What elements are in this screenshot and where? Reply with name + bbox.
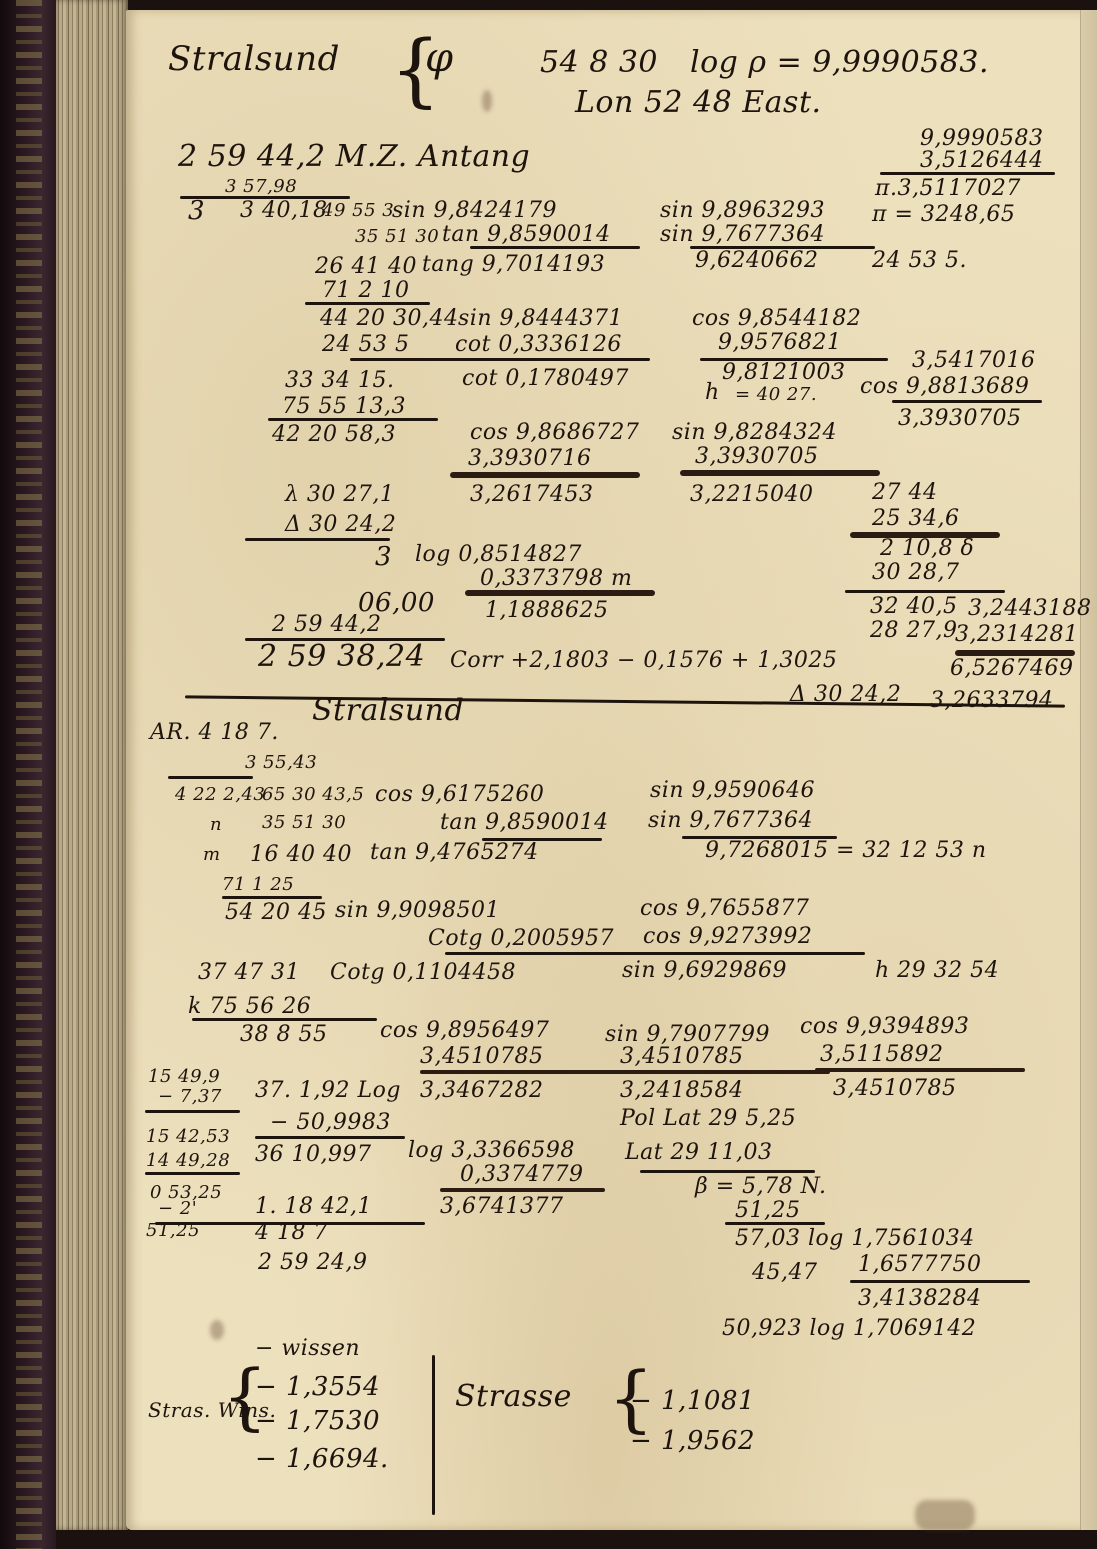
value: 3,2418584 bbox=[620, 1080, 743, 1102]
value: 3,2215040 bbox=[690, 484, 813, 506]
value: 57,03 log 1,7561034 bbox=[735, 1228, 975, 1250]
value: 9,7268015 = 32 12 53 n bbox=[705, 840, 987, 862]
value: 37. 1,92 Log bbox=[255, 1080, 401, 1102]
value: cos 9,9394893 bbox=[800, 1016, 969, 1038]
phi-symbol: φ bbox=[425, 38, 454, 78]
value: 2 59 44,2 bbox=[272, 614, 381, 636]
page-edges bbox=[56, 0, 128, 1530]
value: π.3,5117027 bbox=[875, 178, 1021, 200]
rule bbox=[725, 1222, 825, 1225]
value: 1. 18 42,1 bbox=[255, 1196, 372, 1218]
value: cos 9,8956497 bbox=[380, 1020, 549, 1042]
background-shadow bbox=[120, 0, 1097, 10]
value: tan 9,4765274 bbox=[370, 842, 539, 864]
value: h bbox=[705, 382, 720, 404]
value: − 1,7530 bbox=[255, 1408, 380, 1434]
longitude: Lon 52 48 East. bbox=[575, 88, 822, 118]
value: 27 44 bbox=[872, 482, 937, 504]
value: 0,3374779 bbox=[460, 1164, 583, 1186]
rule bbox=[450, 472, 640, 478]
rule bbox=[268, 418, 438, 421]
value: Cotg 0,1104458 bbox=[330, 962, 516, 984]
value: 36 10,997 bbox=[255, 1144, 371, 1166]
value: 3 55,43 bbox=[245, 754, 317, 772]
value: 42 20 58,3 bbox=[272, 424, 396, 446]
value: 3,2443188 bbox=[968, 598, 1091, 620]
value: 3,4510785 bbox=[620, 1046, 743, 1068]
value: 3 57,98 bbox=[225, 178, 297, 196]
value: 3,5417016 bbox=[912, 350, 1035, 372]
value: λ 30 27,1 bbox=[285, 484, 394, 506]
value: log 0,8514827 bbox=[415, 544, 582, 566]
value: cos 9,7655877 bbox=[640, 898, 809, 920]
rule bbox=[245, 538, 390, 541]
value: 15 49,9 bbox=[148, 1068, 220, 1086]
value: tan 9,8590014 bbox=[440, 812, 609, 834]
value: 35 51 30 bbox=[355, 228, 439, 246]
value: = 40 27. bbox=[735, 386, 817, 404]
background-shadow bbox=[56, 1530, 1097, 1549]
value: Lat 29 11,03 bbox=[625, 1142, 773, 1164]
value: − 7,37 bbox=[158, 1088, 222, 1106]
rule bbox=[465, 590, 655, 596]
value: 51,25 bbox=[146, 1222, 200, 1240]
value: 3 bbox=[188, 198, 205, 224]
value: 9,9576821 bbox=[718, 332, 841, 354]
value: 3,4510785 bbox=[833, 1078, 956, 1100]
rule bbox=[845, 590, 1005, 593]
value: 71 1 25 bbox=[222, 876, 294, 894]
rule bbox=[892, 400, 1042, 403]
value: n bbox=[210, 816, 222, 834]
value: 2 10,8 δ bbox=[880, 538, 974, 560]
rule bbox=[168, 776, 253, 779]
ink-stain bbox=[210, 1320, 224, 1340]
value: 2 59 38,24 bbox=[258, 642, 425, 672]
value: cot 0,1780497 bbox=[462, 368, 629, 390]
value: 14 49,28 bbox=[146, 1152, 230, 1170]
rule bbox=[445, 952, 865, 955]
label: Strasse bbox=[455, 1382, 572, 1412]
rule bbox=[222, 896, 322, 899]
rule bbox=[680, 470, 880, 476]
value: h 29 32 54 bbox=[875, 960, 999, 982]
value: 75 55 13,3 bbox=[282, 396, 406, 418]
time-line: 2 59 44,2 M.Z. Antang bbox=[178, 142, 530, 172]
value: 32 40,5 bbox=[870, 596, 957, 618]
vertical-divider bbox=[432, 1355, 435, 1515]
value: 2 59 24,9 bbox=[258, 1252, 367, 1274]
place-name: Stralsund bbox=[168, 42, 340, 76]
value: 1,6577750 bbox=[858, 1254, 981, 1276]
value: log 3,3366598 bbox=[408, 1140, 575, 1162]
log-rho: log ρ = 9,9990583. bbox=[690, 48, 989, 78]
value: 3,3467282 bbox=[420, 1080, 543, 1102]
rule bbox=[850, 1280, 1030, 1283]
value: 33 34 15. bbox=[285, 370, 394, 392]
value: − 1,6694. bbox=[255, 1446, 389, 1472]
value: sin 9,8424179 bbox=[392, 200, 557, 222]
value: 3,3930705 bbox=[898, 408, 1021, 430]
value: sin 9,6929869 bbox=[622, 960, 787, 982]
value: sin 9,7907799 bbox=[605, 1024, 770, 1046]
rule bbox=[255, 1136, 405, 1139]
value: − 1,9562 bbox=[630, 1428, 755, 1454]
ink-stain bbox=[482, 90, 492, 112]
value: cos 9,8813689 bbox=[860, 376, 1029, 398]
value: cos 9,8544182 bbox=[692, 308, 861, 330]
cover-ornament bbox=[16, 0, 42, 1549]
value: 28 27,9 bbox=[870, 620, 957, 642]
rule bbox=[420, 1070, 830, 1074]
value: 0,3373798 m bbox=[480, 568, 632, 590]
value: sin 9,8444371 bbox=[458, 308, 623, 330]
value: − 50,9983 bbox=[270, 1112, 391, 1134]
value: 65 30 43,5 bbox=[262, 786, 364, 804]
rule bbox=[305, 302, 430, 305]
value: 71 2 10 bbox=[322, 280, 409, 302]
value: 24 53 5 bbox=[322, 334, 409, 356]
value: 49 55 3 bbox=[322, 202, 394, 220]
value: 3,6741377 bbox=[440, 1196, 563, 1218]
value: 15 42,53 bbox=[146, 1128, 230, 1146]
value: cos 9,9273992 bbox=[643, 926, 812, 948]
value: 9,9990583 bbox=[920, 128, 1043, 150]
value: Cotg 0,2005957 bbox=[428, 928, 614, 950]
value: 3,5115892 bbox=[820, 1044, 943, 1066]
facing-page-edge bbox=[1080, 10, 1097, 1530]
value: AR. 4 18 7. bbox=[150, 722, 279, 744]
value: 3,4510785 bbox=[420, 1046, 543, 1068]
rule bbox=[440, 1188, 605, 1192]
value: β = 5,78 N. bbox=[695, 1176, 826, 1198]
rule bbox=[145, 1172, 240, 1175]
rule bbox=[640, 1170, 815, 1173]
value: 4 22 2,43 bbox=[175, 786, 265, 804]
value: π = 3248,65 bbox=[872, 204, 1015, 226]
latitude: 54 8 30 bbox=[540, 48, 658, 78]
value: 3,3930716 bbox=[468, 448, 591, 470]
value: 50,923 log 1,7069142 bbox=[722, 1318, 976, 1340]
value: 9,6240662 bbox=[695, 250, 818, 272]
value: 3,2633794 bbox=[930, 690, 1053, 712]
value: − wissen bbox=[255, 1338, 360, 1360]
value: 51,25 bbox=[735, 1200, 800, 1222]
value: tan 9,8590014 bbox=[442, 224, 611, 246]
value: cos 9,6175260 bbox=[375, 784, 544, 806]
value: 9,8121003 bbox=[722, 362, 845, 384]
value: 3 40,18 bbox=[240, 200, 327, 222]
value: − 1,3554 bbox=[255, 1374, 380, 1400]
value: sin 9,8284324 bbox=[672, 422, 837, 444]
section-title: Stralsund bbox=[312, 696, 464, 726]
value: 24 53 5. bbox=[872, 250, 967, 272]
rule bbox=[470, 246, 640, 249]
ink-stain bbox=[915, 1500, 975, 1530]
value: 1,1888625 bbox=[485, 600, 608, 622]
rule bbox=[192, 1018, 377, 1021]
value: sin 9,8963293 bbox=[660, 200, 825, 222]
value: sin 9,9098501 bbox=[335, 900, 500, 922]
rule bbox=[145, 1110, 240, 1113]
value: 30 28,7 bbox=[872, 562, 959, 584]
rule bbox=[815, 1068, 1025, 1072]
value: 16 40 40 bbox=[250, 844, 352, 866]
value: 6,5267469 bbox=[950, 658, 1073, 680]
rule bbox=[350, 358, 650, 361]
value: k 75 56 26 bbox=[188, 996, 311, 1018]
value: 25 34,6 bbox=[872, 508, 959, 530]
value: sin 9,7677364 bbox=[648, 810, 813, 832]
value: 4 18 7 bbox=[255, 1222, 328, 1244]
value: Δ 30 24,2 bbox=[285, 514, 396, 536]
value: 44 20 30,44 bbox=[320, 308, 458, 330]
value: − 1,1081 bbox=[630, 1388, 755, 1414]
value: 3 bbox=[375, 544, 392, 570]
value: sin 9,9590646 bbox=[650, 780, 815, 802]
value: 35 51 30 bbox=[262, 814, 346, 832]
value: cos 9,8686727 bbox=[470, 422, 639, 444]
book-cover bbox=[0, 0, 60, 1549]
value: 3,3930705 bbox=[695, 446, 818, 468]
value: 3,4138284 bbox=[858, 1288, 981, 1310]
value: − 2' bbox=[158, 1200, 197, 1218]
value: 26 41 40 bbox=[315, 256, 417, 278]
rule bbox=[880, 172, 1055, 175]
value: tang 9,7014193 bbox=[422, 254, 605, 276]
value: Corr +2,1803 − 0,1576 + 1,3025 bbox=[450, 650, 837, 672]
value: 3,5126444 bbox=[920, 150, 1043, 172]
value: Pol Lat 29 5,25 bbox=[620, 1108, 796, 1130]
value: sin 9,7677364 bbox=[660, 224, 825, 246]
value: 54 20 45 bbox=[225, 902, 327, 924]
value: 3,2314281 bbox=[955, 624, 1078, 646]
value: cot 0,3336126 bbox=[455, 334, 622, 356]
value: 45,47 bbox=[752, 1262, 817, 1284]
value: m bbox=[203, 846, 221, 864]
value: 38 8 55 bbox=[240, 1024, 327, 1046]
value: 3,2617453 bbox=[470, 484, 593, 506]
value: 37 47 31 bbox=[198, 962, 300, 984]
